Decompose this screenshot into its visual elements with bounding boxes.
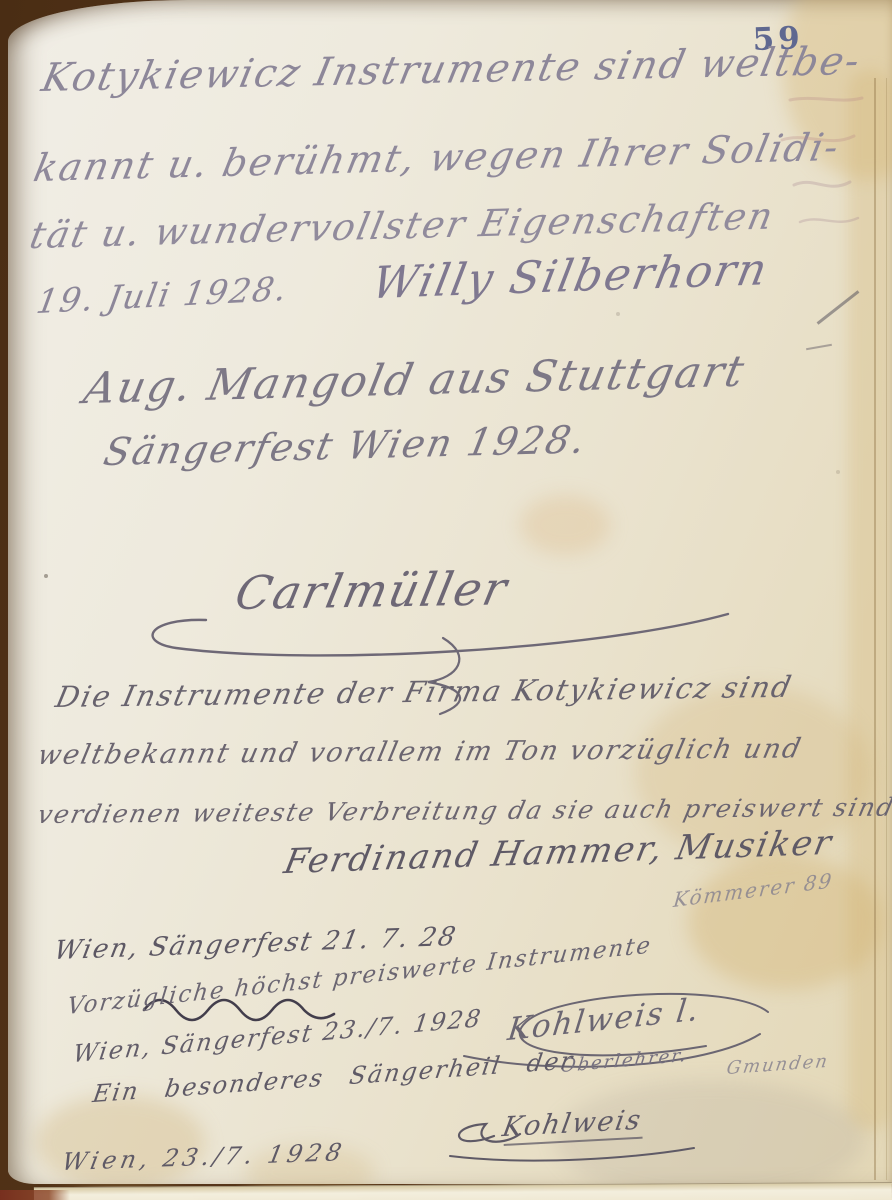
guestbook-photo: 59 Kotykiewicz Instrumente sind weltbe- …: [0, 0, 892, 1200]
entry3-signature: Carlmüller: [236, 561, 508, 620]
paper-speck: [616, 312, 620, 316]
page-edge-line: [886, 78, 887, 1180]
paper-speck: [836, 470, 840, 474]
page-edge-line: [874, 78, 876, 1180]
paper-speck: [44, 574, 48, 578]
entry7-signature: Kohlweis: [502, 1105, 643, 1146]
binding-corner-mark: [0, 1190, 70, 1200]
underlying-page-edge: [34, 1182, 892, 1200]
